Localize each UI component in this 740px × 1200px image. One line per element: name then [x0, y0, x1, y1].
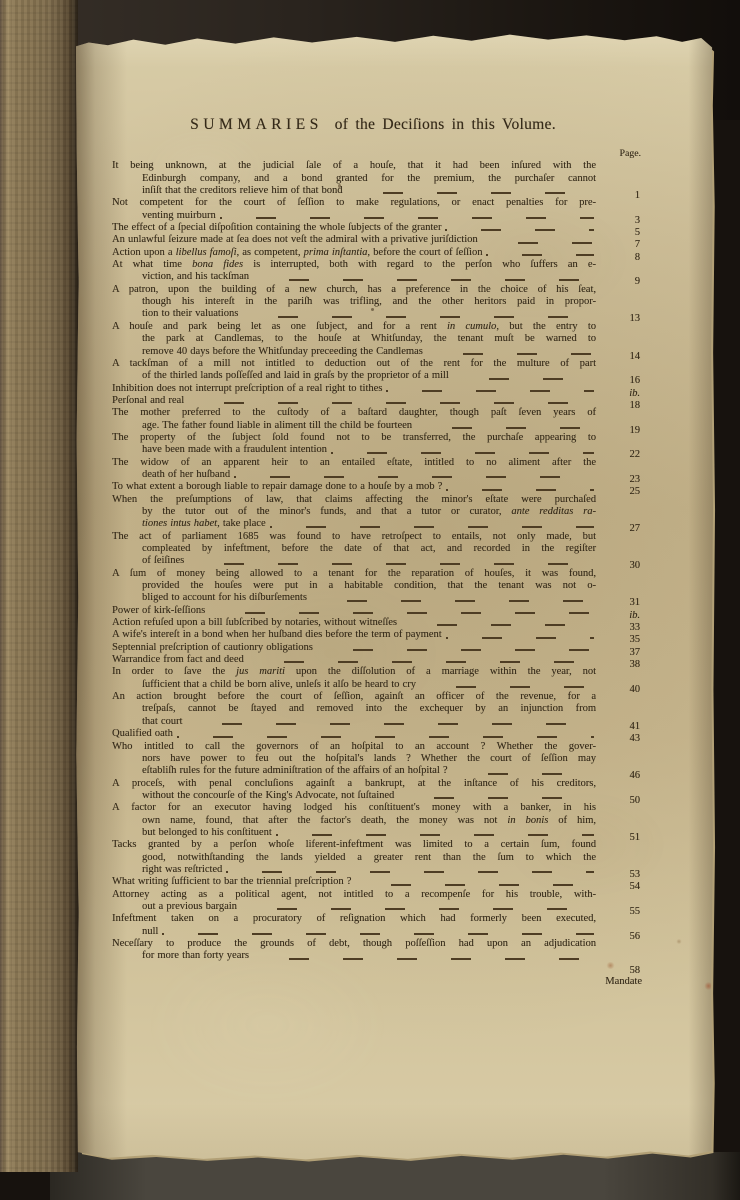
- entry-text: At what time bona fides is interrupted, …: [112, 259, 596, 284]
- entry-text: Septennial preſcription of cautionry obl…: [112, 642, 596, 654]
- toc-entry: The act of parliament 1685 was found to …: [112, 531, 642, 568]
- entry-line: tion to their valuations: [112, 308, 596, 320]
- entry-text: Qualified oath: [112, 728, 596, 740]
- entry-text: Infeftment taken on a procuratory of reſ…: [112, 913, 596, 938]
- toc-entry: It being unknown, at the judicial ſale o…: [112, 160, 642, 197]
- toc-entry: Warrandice from fact and deed38: [112, 654, 642, 666]
- toc-entry: The widow of an apparent heir to an enta…: [112, 457, 642, 482]
- entry-line: Qualified oath: [112, 728, 596, 740]
- entry-line: When the preſumptions of law, that claim…: [112, 494, 596, 506]
- entry-page-number: 33: [596, 622, 642, 634]
- entry-page-number: 9: [596, 276, 642, 288]
- entry-text: A ſum of money being allowed to a tenant…: [112, 568, 596, 605]
- entry-line: In order to ſave the jus mariti upon the…: [112, 666, 596, 678]
- entry-line: tiones intus habet, take place: [112, 518, 596, 530]
- dash-leader: [452, 765, 594, 777]
- entry-line: death of her huſband: [112, 469, 596, 481]
- entry-line: null: [112, 926, 596, 938]
- entry-line: viction, and his tackſman: [112, 271, 596, 283]
- entry-line: own name, found, that after the factor's…: [112, 815, 596, 827]
- toc-entry: Action upon a libellus famoſi, as compet…: [112, 247, 642, 259]
- entry-text: Tacks granted by a perſon whoſe liferent…: [112, 839, 596, 876]
- dash-leader: [226, 864, 594, 876]
- entry-page-number: 31: [596, 597, 642, 609]
- toc-entry: To what extent a borough liable to repai…: [112, 481, 642, 493]
- dash-leader: [177, 728, 594, 740]
- dash-leader: [386, 383, 594, 395]
- dash-leader: [253, 950, 594, 962]
- toc-entry: Qualified oath43: [112, 728, 642, 740]
- entry-line: Warrandice from fact and deed: [112, 654, 596, 666]
- page-column-label: Page.: [112, 148, 642, 160]
- entry-line: The widow of an apparent heir to an enta…: [112, 457, 596, 469]
- toc-entry: Inhibition does not interrupt preſcripti…: [112, 383, 642, 395]
- entry-text: Attorney acting as a political agent, no…: [112, 889, 596, 914]
- entry-line: have been made with a fraudulent intenti…: [112, 444, 596, 456]
- entry-text: Perſonal and real: [112, 395, 596, 407]
- toc-entry: The property of the ſubject ſold found n…: [112, 432, 642, 457]
- toc-entry: A ſum of money being allowed to a tenant…: [112, 568, 642, 605]
- entry-line: for more than forty years: [112, 950, 596, 962]
- entry-page-number: 38: [596, 659, 642, 671]
- entry-line: bliged to account for his diſburſements: [112, 592, 596, 604]
- entry-line: venting muirburn: [112, 210, 596, 222]
- toc-entry: An action brought before the court of ſe…: [112, 691, 642, 728]
- dash-leader: [188, 555, 594, 567]
- dash-leader: [234, 469, 594, 481]
- entry-page-number: 13: [596, 313, 642, 325]
- dash-leader: [242, 308, 594, 320]
- page-title: SUMMARIES of the Deciſions in this Volum…: [54, 114, 692, 136]
- entry-page-number: 58: [596, 965, 642, 977]
- entry-text: The act of parliament 1685 was found to …: [112, 531, 596, 568]
- entry-line: It being unknown, at the judicial ſale o…: [112, 160, 596, 172]
- entry-page-number: 40: [596, 684, 642, 696]
- entry-page-number: 22: [596, 449, 642, 461]
- toc-entry: When the preſumptions of law, that claim…: [112, 494, 642, 531]
- entry-text: A wife's intereſt in a bond when her huſ…: [112, 629, 596, 641]
- toc-entry: Septennial preſcription of cautionry obl…: [112, 642, 642, 654]
- entry-line: Neceſſary to produce the grounds of debt…: [112, 938, 596, 950]
- foxing-spot: [676, 939, 682, 944]
- entry-line: Infeftment taken on a procuratory of reſ…: [112, 913, 596, 925]
- entry-line: Action upon a libellus famoſi, as compet…: [112, 247, 596, 259]
- entry-line: Action refuſed upon a bill ſubſcribed by…: [112, 617, 596, 629]
- toc-entry: A proceſs, with penal concluſions againſ…: [112, 778, 642, 803]
- entry-text: The mother preferred to the cuſtody of a…: [112, 407, 596, 432]
- entry-page-number: 1: [596, 190, 642, 202]
- entry-page-number: 5: [596, 227, 642, 239]
- dash-leader: [248, 654, 594, 666]
- entry-page-number: 27: [596, 523, 642, 535]
- entry-line: Who intitled to call the governors of an…: [112, 741, 596, 753]
- entry-line: though his intereſt in the pariſh was tr…: [112, 296, 596, 308]
- entry-line: The property of the ſubject ſold found n…: [112, 432, 596, 444]
- entry-page-number: 8: [596, 252, 642, 264]
- entry-line: A tackſman of a mill not intitled to ded…: [112, 358, 596, 370]
- entry-line: provided the houſes were put in a habita…: [112, 580, 596, 592]
- toc-entry: What writing ſufficient to bar the trien…: [112, 876, 642, 888]
- toc-entry: A wife's intereſt in a bond when her huſ…: [112, 629, 642, 641]
- toc-entry: At what time bona fides is interrupted, …: [112, 259, 642, 284]
- entry-page-number: 18: [596, 400, 642, 412]
- entry-page-number: 50: [596, 795, 642, 807]
- dash-leader: [416, 420, 594, 432]
- entry-text: A factor for an executor having lodged h…: [112, 802, 596, 839]
- entry-text: A tackſman of a mill not intitled to ded…: [112, 358, 596, 383]
- dash-leader: [398, 790, 594, 802]
- entry-line: A wife's intereſt in a bond when her huſ…: [112, 629, 596, 641]
- entry-page-number: 56: [596, 931, 642, 943]
- summaries-table: Page. It being unknown, at the judicial …: [112, 148, 642, 988]
- entry-line: the park at Candlemas, to the houſe at W…: [112, 333, 596, 345]
- catchword: Mandate: [112, 976, 642, 988]
- entry-line: good, notwithſtanding the lands yielded …: [112, 852, 596, 864]
- entry-text: The property of the ſubject ſold found n…: [112, 432, 596, 457]
- entry-page-number: ib.: [596, 610, 642, 622]
- entry-text: Power of kirk-ſeſſions: [112, 605, 596, 617]
- entry-line: Inhibition does not interrupt preſcripti…: [112, 383, 596, 395]
- entry-text: Not competent for the court of ſeſſion t…: [112, 197, 596, 222]
- toc-entry: Power of kirk-ſeſſionsib.: [112, 605, 642, 617]
- toc-entry: A patron, upon the building of a new chu…: [112, 284, 642, 321]
- toc-entry: An unlawful ſeizure made at ſea does not…: [112, 234, 642, 246]
- entry-page-number: 46: [596, 770, 642, 782]
- entry-page-number: 54: [596, 881, 642, 893]
- dash-leader: [331, 444, 594, 456]
- entry-line: of the thirled lands poſſeſſed and laid …: [112, 370, 596, 382]
- entry-line: The effect of a ſpecial diſpoſition cont…: [112, 222, 596, 234]
- entry-text: A houſe and park being let as one ſubjec…: [112, 321, 596, 358]
- entry-line: right was reſtricted: [112, 864, 596, 876]
- entry-line: Septennial preſcription of cautionry obl…: [112, 642, 596, 654]
- entry-page-number: 19: [596, 425, 642, 437]
- entry-text: Who intitled to call the governors of an…: [112, 741, 596, 778]
- dash-leader: [401, 617, 594, 629]
- entry-line: ſufficient that a child be born alive, u…: [112, 679, 596, 691]
- entry-line: compleated by infeftment, before the dat…: [112, 543, 596, 555]
- entry-page-number: 3: [596, 215, 642, 227]
- toc-entry: Not competent for the court of ſeſſion t…: [112, 197, 642, 222]
- entry-line: Power of kirk-ſeſſions: [112, 605, 596, 617]
- toc-entry: Action refuſed upon a bill ſubſcribed by…: [112, 617, 642, 629]
- entry-line: A ſum of money being allowed to a tenant…: [112, 568, 596, 580]
- entry-line: remove 40 days before the Whitſunday pre…: [112, 346, 596, 358]
- entries-list: It being unknown, at the judicial ſale o…: [112, 160, 642, 962]
- book-photo: SUMMARIES of the Deciſions in this Volum…: [0, 0, 740, 1200]
- entry-line: that court: [112, 716, 596, 728]
- entry-text: A patron, upon the building of a new chu…: [112, 284, 596, 321]
- dash-leader: [420, 679, 594, 691]
- toc-entry: Tacks granted by a perſon whoſe liferent…: [112, 839, 642, 876]
- entry-page-number: 14: [596, 351, 642, 363]
- entry-text: The effect of a ſpecial diſpoſition cont…: [112, 222, 596, 234]
- toc-entry: Attorney acting as a political agent, no…: [112, 889, 642, 914]
- dash-leader: [253, 271, 594, 283]
- entry-line: At what time bona fides is interrupted, …: [112, 259, 596, 271]
- toc-entry: A houſe and park being let as one ſubjec…: [112, 321, 642, 358]
- dash-leader: [453, 370, 594, 382]
- entry-page-number: 25: [596, 486, 642, 498]
- dash-leader: [317, 642, 594, 654]
- entry-page-number: 55: [596, 906, 642, 918]
- dash-leader: [311, 592, 594, 604]
- entry-line: To what extent a borough liable to repai…: [112, 481, 596, 493]
- toc-entry: The mother preferred to the cuſtody of a…: [112, 407, 642, 432]
- entry-page-number: 35: [596, 634, 642, 646]
- dash-leader: [446, 481, 594, 493]
- entry-text: To what extent a borough liable to repai…: [112, 481, 596, 493]
- entry-line: The mother preferred to the cuſtody of a…: [112, 407, 596, 419]
- entry-line: Attorney acting as a political agent, no…: [112, 889, 596, 901]
- toc-entry: Infeftment taken on a procuratory of reſ…: [112, 913, 642, 938]
- entry-line: inſiſt that the creditors relieve him of…: [112, 185, 596, 197]
- entry-line: An unlawful ſeizure made at ſea does not…: [112, 234, 596, 246]
- entry-text: A proceſs, with penal concluſions againſ…: [112, 778, 596, 803]
- entry-line: out a previous bargain: [112, 901, 596, 913]
- entry-line: eſtabliſh rules for the future adminiſtr…: [112, 765, 596, 777]
- dash-leader: [186, 716, 594, 728]
- dash-leader: [188, 395, 594, 407]
- entry-text: In order to ſave the jus mariti upon the…: [112, 666, 596, 691]
- dash-leader: [162, 926, 594, 938]
- entry-line: An action brought before the court of ſe…: [112, 691, 596, 703]
- entry-line: A proceſs, with penal concluſions againſ…: [112, 778, 596, 790]
- toc-entry: Who intitled to call the governors of an…: [112, 741, 642, 778]
- toc-entry: A factor for an executor having lodged h…: [112, 802, 642, 839]
- entry-page-number: 53: [596, 869, 642, 881]
- dash-leader: [270, 518, 594, 530]
- entry-line: of ſeiſines: [112, 555, 596, 567]
- entry-page-number: 23: [596, 474, 642, 486]
- dash-leader: [347, 185, 594, 197]
- page-sheet: SUMMARIES of the Deciſions in this Volum…: [76, 34, 714, 1160]
- entry-text: The widow of an apparent heir to an enta…: [112, 457, 596, 482]
- entry-text: Warrandice from fact and deed: [112, 654, 596, 666]
- book-leaf-stack: [0, 0, 78, 1172]
- entry-text: An unlawful ſeizure made at ſea does not…: [112, 234, 596, 246]
- entry-page-number: 37: [596, 647, 642, 659]
- entry-line: A factor for an executor having lodged h…: [112, 802, 596, 814]
- entry-line: Perſonal and real: [112, 395, 596, 407]
- dash-leader: [486, 247, 594, 259]
- entry-text: Inhibition does not interrupt preſcripti…: [112, 383, 596, 395]
- entry-text: When the preſumptions of law, that claim…: [112, 494, 596, 531]
- dash-leader: [276, 827, 594, 839]
- entry-line: The act of parliament 1685 was found to …: [112, 531, 596, 543]
- entry-page-number: 51: [596, 832, 642, 844]
- entry-text: Neceſſary to produce the grounds of debt…: [112, 938, 596, 963]
- entry-text: It being unknown, at the judicial ſale o…: [112, 160, 596, 197]
- dash-leader: [355, 876, 594, 888]
- entry-line: Tacks granted by a perſon whoſe liferent…: [112, 839, 596, 851]
- toc-entry: In order to ſave the jus mariti upon the…: [112, 666, 642, 691]
- entry-line: Edinburgh company, and a bond granted fo…: [112, 173, 596, 185]
- dash-leader: [220, 210, 594, 222]
- entry-line: age. The father found liable in aliment …: [112, 420, 596, 432]
- entry-page-number: 16: [596, 375, 642, 387]
- entry-line: treſpaſs, cannot be ſtayed and removed i…: [112, 703, 596, 715]
- entry-text: What writing ſufficient to bar the trien…: [112, 876, 596, 888]
- dash-leader: [446, 629, 594, 641]
- entry-line: Not competent for the court of ſeſſion t…: [112, 197, 596, 209]
- entry-line: A houſe and park being let as one ſubjec…: [112, 321, 596, 333]
- dash-leader: [427, 346, 594, 358]
- dash-leader: [482, 234, 594, 246]
- toc-entry: Neceſſary to produce the grounds of debt…: [112, 938, 642, 963]
- entry-text: Action refuſed upon a bill ſubſcribed by…: [112, 617, 596, 629]
- dash-leader: [241, 901, 594, 913]
- entry-page-number: 41: [596, 721, 642, 733]
- entry-line: A patron, upon the building of a new chu…: [112, 284, 596, 296]
- entry-line: What writing ſufficient to bar the trien…: [112, 876, 596, 888]
- title-caps: SUMMARIES: [190, 116, 323, 133]
- entry-page-number: 7: [596, 239, 642, 251]
- entry-page-number: ib.: [596, 388, 642, 400]
- entry-line: nors have power to feu out the hoſpital'…: [112, 753, 596, 765]
- entry-line: without the concourſe of the King's Advo…: [112, 790, 596, 802]
- entry-page-number: 30: [596, 560, 642, 572]
- entry-text: Action upon a libellus famoſi, as compet…: [112, 247, 596, 259]
- dash-leader: [209, 605, 594, 617]
- dash-leader: [445, 222, 594, 234]
- entry-line: but belonged to his conſtituent: [112, 827, 596, 839]
- entry-line: by the tutor out of the minor's funds, a…: [112, 506, 596, 518]
- toc-entry: The effect of a ſpecial diſpoſition cont…: [112, 222, 642, 234]
- entry-page-number: 43: [596, 733, 642, 745]
- title-rest: of the Deciſions in this Volume.: [335, 116, 556, 133]
- entry-text: An action brought before the court of ſe…: [112, 691, 596, 728]
- toc-entry: Perſonal and real18: [112, 395, 642, 407]
- toc-entry: A tackſman of a mill not intitled to ded…: [112, 358, 642, 383]
